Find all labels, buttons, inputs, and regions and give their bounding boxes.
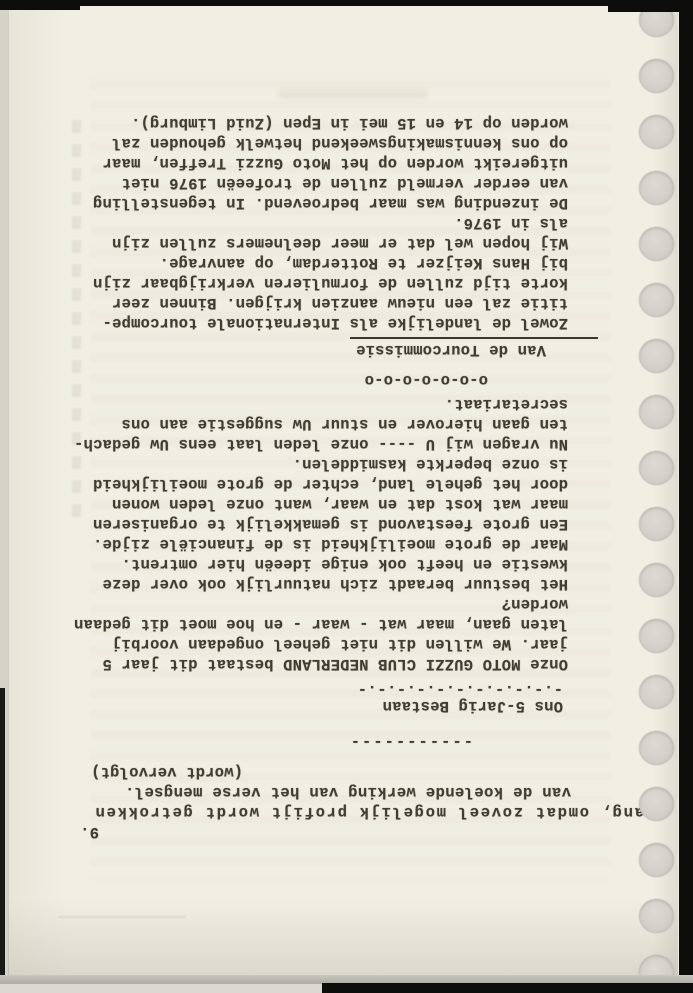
typed-line: Een grote feestavond is gemakkelijk te o… xyxy=(30,514,568,534)
typed-line: bij Hans Keijzer te Rotterdam, op aanvra… xyxy=(30,253,568,273)
punch-hole xyxy=(639,227,674,261)
typed-line: door het gehele land, echter de grote mo… xyxy=(30,474,568,494)
scan-edge-left xyxy=(0,688,5,980)
scan-edge-right xyxy=(679,0,693,993)
typed-line: maar wat kost dat en waar, want onze led… xyxy=(30,494,568,514)
scan-edge-bottom xyxy=(322,983,693,993)
punch-hole xyxy=(639,619,674,653)
dashed-rule: ----------- xyxy=(30,732,473,752)
typed-line: laten gaan, maar wat - waar - en hoe moe… xyxy=(30,614,568,634)
page-number: 9. xyxy=(30,822,663,842)
typed-text-block-upside-down: 9.lang, omdat zoveel mogelijk profijt wo… xyxy=(30,88,663,848)
punch-hole xyxy=(639,339,674,373)
typed-line: van de koelende werking van het verse me… xyxy=(30,782,571,802)
punch-hole xyxy=(639,899,674,933)
ornament-separator: o-o-o-o-o-o-o xyxy=(30,370,488,390)
typed-line: titie zal een nieuw aanzien krijgen. Bin… xyxy=(30,293,568,313)
typed-line: jaar. We willen dit niet geheel ongedaan… xyxy=(30,634,568,654)
punch-hole xyxy=(639,675,674,709)
typed-line: Maar de grote moeilijkheid is de financi… xyxy=(30,534,568,554)
punch-hole xyxy=(639,787,674,821)
scanned-page-screenshot: 9.lang, omdat zoveel mogelijk profijt wo… xyxy=(0,0,693,993)
typed-line: korte tijd zullen de formulieren verkrij… xyxy=(30,273,568,293)
typed-line: Het bestuur beraadt zich natuurlijk ook … xyxy=(30,574,568,594)
typed-line: ten gaan hierover en stuur Uw suggestie … xyxy=(30,414,568,434)
punch-hole xyxy=(639,59,674,93)
typed-line: als in 1976. xyxy=(30,213,568,233)
continuation-note: (wordt vervolgt) xyxy=(30,762,243,782)
scanner-bottom-margin xyxy=(0,984,330,993)
punch-hole xyxy=(639,843,674,877)
typed-line: Wij hopen wel dat er meer deelnemers zul… xyxy=(30,233,568,253)
section-heading: Ons 5-Jarig Bestaan-.-.-.-.-.-.-.-.-.-.- xyxy=(30,680,563,716)
typed-line: Onze MOTO GUZZI CLUB NEDERLAND bestaat d… xyxy=(30,654,568,674)
punch-hole xyxy=(639,115,674,149)
typed-line: worden op 14 en 15 mei in Epen (Zuid Lim… xyxy=(30,113,568,133)
typed-line: is onze beperkte kasmiddelen. xyxy=(30,454,568,474)
typed-line: lang, omdat zoveel mogelijk profijt word… xyxy=(30,802,655,822)
punch-hole xyxy=(639,395,674,429)
typed-line: van eerder vermeld zullen de trofeeën 19… xyxy=(30,173,568,193)
typed-line: uitgereikt worden op het Moto Guzzi Tref… xyxy=(30,153,568,173)
typed-line: worden? xyxy=(30,594,568,614)
punch-hole xyxy=(639,563,674,597)
scan-edge-top-left xyxy=(0,0,80,10)
typed-line: secretariaat. xyxy=(30,394,568,414)
punch-hole xyxy=(639,507,674,541)
underlined-heading: Van de Tourcommissie xyxy=(350,337,598,360)
typed-line: kwestie en heeft ook enige ideeën hier o… xyxy=(30,554,568,574)
typed-line: Zowel de landelijke als Internationale t… xyxy=(30,313,568,333)
typed-line: Nu vragen wij U ---- onze leden laat een… xyxy=(30,434,568,454)
punch-hole xyxy=(639,283,674,317)
scan-edge-top xyxy=(0,0,693,6)
heading-dashdot-underline: -.-.-.-.-.-.-.-.-.-.- xyxy=(30,680,563,700)
punch-hole xyxy=(639,451,674,485)
punch-hole xyxy=(639,731,674,765)
punch-hole xyxy=(639,171,674,205)
typed-line: De inzending was maar bedroevend. In teg… xyxy=(30,193,568,213)
typed-line: op ons kennismakingsweekend hetwelk geho… xyxy=(30,133,568,153)
